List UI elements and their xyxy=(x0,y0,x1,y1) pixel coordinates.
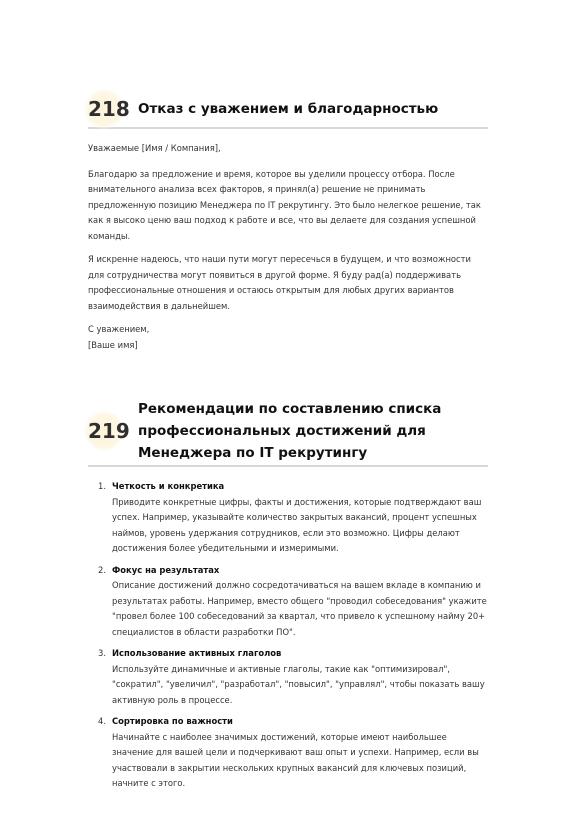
section-title: Отказ с уважением и благодарностью xyxy=(138,101,438,117)
letter-paragraph: Благодарю за предложение и время, которо… xyxy=(88,167,488,245)
achievement-tips-list: 1. Четкость и конкретика Приводите конкр… xyxy=(88,479,488,792)
letter-closing: С уважением, xyxy=(88,322,488,338)
list-item-title: Четкость и конкретика xyxy=(112,479,488,495)
list-item: 4. Сортировка по важности Начинайте с на… xyxy=(88,714,488,792)
list-item-text: Начинайте с наиболее значимых достижений… xyxy=(112,730,488,792)
section-number-badge: 219 xyxy=(88,419,138,443)
list-item-text: Используйте динамичные и активные глагол… xyxy=(112,662,488,709)
list-item-title: Сортировка по важности xyxy=(112,714,488,730)
list-item: 2. Фокус на результатах Описание достиже… xyxy=(88,563,488,641)
letter-signature: [Ваше имя] xyxy=(88,338,488,354)
list-item-text: Приводите конкретные цифры, факты и дост… xyxy=(112,495,488,557)
section-divider xyxy=(88,465,488,467)
section-header: 219 Рекомендации по составлению списка п… xyxy=(88,397,488,464)
list-item: 3. Использование активных глаголов Испол… xyxy=(88,646,488,708)
list-item-number: 3. xyxy=(98,646,106,662)
section-number-badge: 218 xyxy=(88,97,138,121)
list-item: 1. Четкость и конкретика Приводите конкр… xyxy=(88,479,488,557)
letter-greeting: Уважаемые [Имя / Компания], xyxy=(88,141,488,157)
section-number: 219 xyxy=(88,419,130,443)
list-item-number: 1. xyxy=(98,479,106,495)
section-title: Рекомендации по составлению списка профе… xyxy=(138,398,483,464)
section-header: 218 Отказ с уважением и благодарностью xyxy=(88,92,488,126)
section-divider xyxy=(88,127,488,129)
letter-body: Уважаемые [Имя / Компания], Благодарю за… xyxy=(88,141,488,353)
section-218: 218 Отказ с уважением и благодарностью У… xyxy=(88,92,488,353)
list-item-number: 2. xyxy=(98,563,106,579)
list-item-number: 4. xyxy=(98,714,106,730)
section-number: 218 xyxy=(88,97,130,121)
list-item-title: Фокус на результатах xyxy=(112,563,488,579)
list-item-title: Использование активных глаголов xyxy=(112,646,488,662)
section-219: 219 Рекомендации по составлению списка п… xyxy=(88,397,488,792)
letter-paragraph: Я искренне надеюсь, что наши пути могут … xyxy=(88,252,488,314)
list-item-text: Описание достижений должно сосредотачива… xyxy=(112,578,488,640)
